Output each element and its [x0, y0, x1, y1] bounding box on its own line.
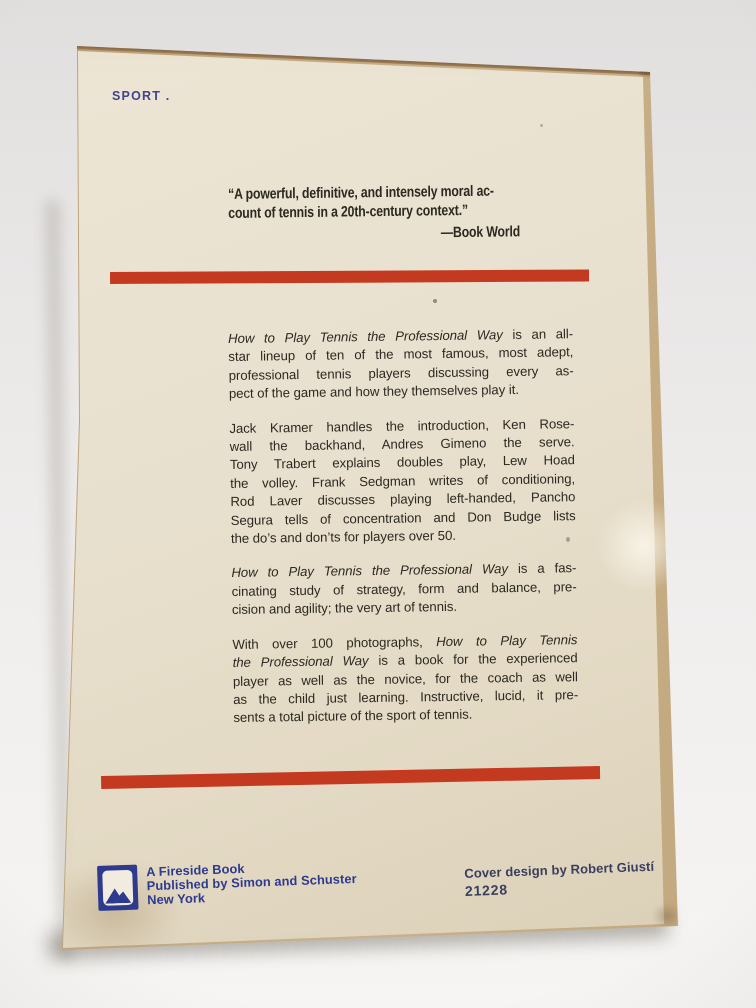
back-cover-paragraph: How to Play Tennis the Professional Way …: [228, 325, 574, 403]
paragraph-line: sents a total picture of the sport of te…: [233, 704, 578, 727]
quote-line: count of tennis in a 20th-century contex…: [228, 200, 556, 223]
publisher-lines: A Fireside Book Published by Simon and S…: [146, 857, 357, 908]
publisher-block: A Fireside Book Published by Simon and S…: [97, 857, 357, 911]
paragraph-line: the do’s and don’ts for players over 50.: [231, 525, 576, 548]
photo-background: SPORT . “A powerful, definitive, and int…: [0, 0, 756, 1008]
paragraph-line: pect of the game and how they themselves…: [229, 380, 574, 403]
paragraph-line: cision and agility; the very art of tenn…: [232, 596, 577, 619]
back-cover-paragraph: With over 100 photographs, How to Play T…: [232, 631, 578, 728]
back-cover-paragraph: Jack Kramer handles the introduction, Ke…: [229, 415, 576, 549]
red-rule-top: [110, 269, 589, 284]
back-cover-paragraph: How to Play Tennis the Professional Way …: [231, 560, 577, 620]
review-quote: “A powerful, definitive, and intensely m…: [228, 181, 556, 245]
book-back-cover: SPORT . “A powerful, definitive, and int…: [0, 0, 756, 1008]
quote-attribution: —Book World: [441, 222, 557, 242]
fireside-logo-icon: [97, 865, 139, 911]
book-description: How to Play Tennis the Professional Way …: [228, 325, 579, 743]
category-label: SPORT .: [112, 89, 170, 103]
